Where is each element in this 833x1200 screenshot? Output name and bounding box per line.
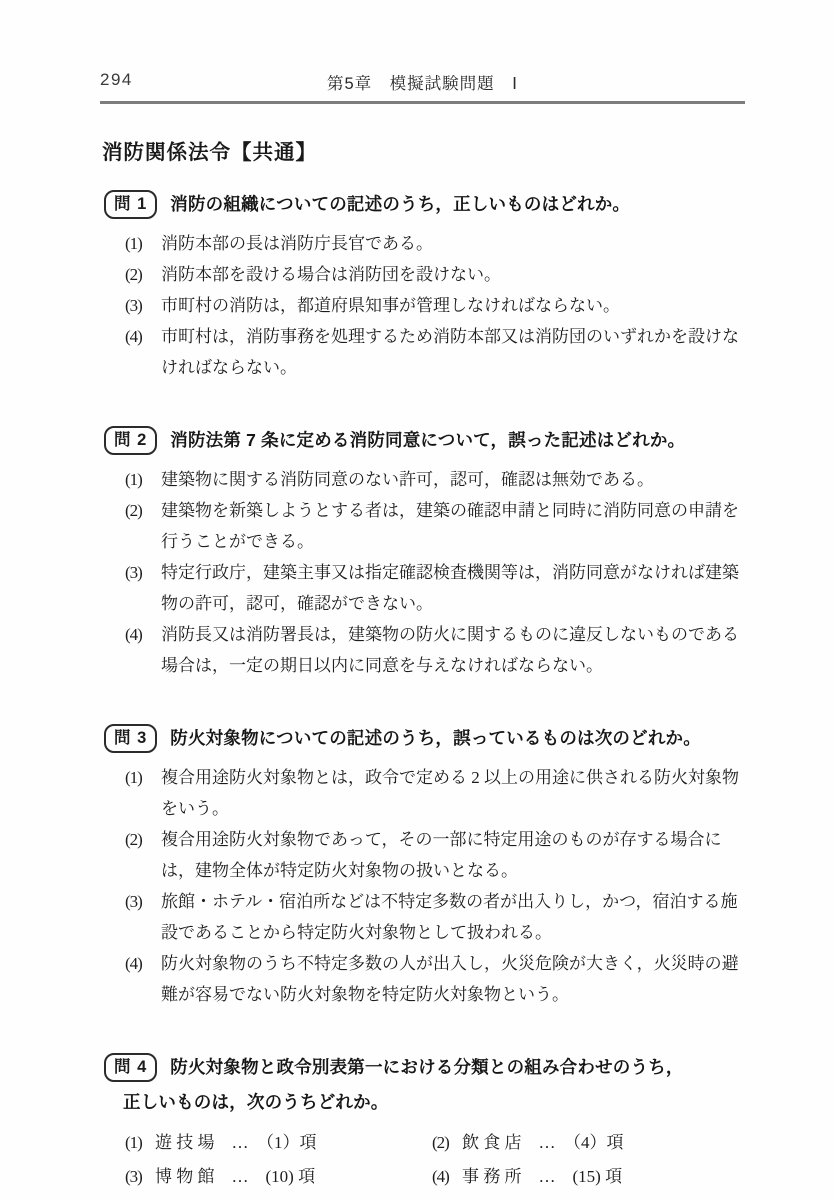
option-text: 複合用途防火対象物であって，その一部に特定用途のものが存する場合には，建物全体が… [161,824,745,886]
question-1-title: 消防の組織についての記述のうち，正しいものはどれか。 [170,190,630,218]
question-2-badge: 問 2 [104,426,157,455]
option-text: 旅館・ホテル・宿泊所などは不特定多数の者が出入りし，かつ，宿泊する施設であること… [161,886,745,948]
option-number: (4) [432,1161,462,1192]
textbook-page: 294 第5章 模擬試験問題 Ⅰ 消防関係法令【共通】 問 1 消防の組織につい… [0,0,833,1200]
option-number: (4) [125,948,161,1010]
option-text: 遊 技 場 … （1）項 [155,1127,317,1158]
question-1-options: (1) 消防本部の長は消防庁長官である。 (2) 消防本部を設ける場合は消防団を… [125,228,745,383]
option-text: 市町村の消防は，都道府県知事が管理しなければならない。 [161,290,745,321]
question-3-head: 問 3 防火対象物についての記述のうち，誤っているものは次のどれか。 [104,724,745,753]
question-1-option-2: (2) 消防本部を設ける場合は消防団を設けない。 [125,259,745,290]
question-3-option-4: (4) 防火対象物のうち不特定多数の人が出入し，火災危険が大きく，火災時の避難が… [125,948,745,1010]
option-text: 飲 食 店 … （4）項 [462,1127,624,1158]
header-rule [100,101,745,104]
question-4-option-2: (2) 飲 食 店 … （4）項 [432,1127,745,1158]
question-4-badge: 問 4 [104,1053,157,1082]
question-4-title-line2: 正しいものは，次のうちどれか。 [123,1089,745,1114]
question-3-option-2: (2) 複合用途防火対象物であって，その一部に特定用途のものが存する場合には，建… [125,824,745,886]
question-4: 問 4 防火対象物と政令別表第一における分類との組み合わせのうち， 正しいものは… [100,1053,745,1192]
question-2-options: (1) 建築物に関する消防同意のない許可，認可，確認は無効である。 (2) 建築… [125,464,745,681]
question-3-options: (1) 複合用途防火対象物とは，政令で定める 2 以上の用途に供される防火対象物… [125,762,745,1010]
question-1: 問 1 消防の組織についての記述のうち，正しいものはどれか。 (1) 消防本部の… [100,190,745,383]
question-2-option-4: (4) 消防長又は消防署長は，建築物の防火に関するものに違反しないものである場合… [125,619,745,681]
question-2-title: 消防法第 7 条に定める消防同意について，誤った記述はどれか。 [170,426,685,454]
question-4-head: 問 4 防火対象物と政令別表第一における分類との組み合わせのうち， [104,1053,745,1082]
question-2: 問 2 消防法第 7 条に定める消防同意について，誤った記述はどれか。 (1) … [100,426,745,681]
page-header: 294 第5章 模擬試験問題 Ⅰ [100,70,745,94]
question-1-head: 問 1 消防の組織についての記述のうち，正しいものはどれか。 [104,190,745,219]
question-4-option-4: (4) 事 務 所 … (15) 項 [432,1161,745,1192]
question-3-option-1: (1) 複合用途防火対象物とは，政令で定める 2 以上の用途に供される防火対象物… [125,762,745,824]
question-2-head: 問 2 消防法第 7 条に定める消防同意について，誤った記述はどれか。 [104,426,745,455]
option-text: 消防長又は消防署長は，建築物の防火に関するものに違反しないものである場合は，一定… [161,619,745,681]
question-2-option-1: (1) 建築物に関する消防同意のない許可，認可，確認は無効である。 [125,464,745,495]
question-1-option-1: (1) 消防本部の長は消防庁長官である。 [125,228,745,259]
question-4-option-3: (3) 博 物 館 … (10) 項 [125,1161,432,1192]
option-text: 博 物 館 … (10) 項 [155,1161,315,1192]
chapter-title: 第5章 模擬試験問題 Ⅰ [100,70,745,94]
option-text: 複合用途防火対象物とは，政令で定める 2 以上の用途に供される防火対象物をいう。 [161,762,745,824]
option-number: (3) [125,886,161,948]
question-1-badge: 問 1 [104,190,157,219]
question-4-options: (1) 遊 技 場 … （1）項 (2) 飲 食 店 … （4）項 (3) 博 … [125,1127,745,1192]
question-4-title: 防火対象物と政令別表第一における分類との組み合わせのうち， [170,1053,683,1081]
option-number: (1) [125,464,161,495]
option-text: 消防本部の長は消防庁長官である。 [161,228,745,259]
question-1-option-4: (4) 市町村は，消防事務を処理するため消防本部又は消防団のいずれかを設けなけれ… [125,321,745,383]
option-text: 建築物を新築しようとする者は，建築の確認申請と同時に消防同意の申請を行うことがで… [161,495,745,557]
question-3-title: 防火対象物についての記述のうち，誤っているものは次のどれか。 [170,724,701,752]
question-4-option-1: (1) 遊 技 場 … （1）項 [125,1127,432,1158]
option-text: 防火対象物のうち不特定多数の人が出入し，火災危険が大きく，火災時の避難が容易でな… [161,948,745,1010]
option-number: (1) [125,228,161,259]
option-text: 建築物に関する消防同意のない許可，認可，確認は無効である。 [161,464,745,495]
section-title: 消防関係法令【共通】 [102,135,745,165]
question-2-option-2: (2) 建築物を新築しようとする者は，建築の確認申請と同時に消防同意の申請を行う… [125,495,745,557]
option-text: 市町村は，消防事務を処理するため消防本部又は消防団のいずれかを設けなければならな… [161,321,745,383]
option-text: 特定行政庁，建築主事又は指定確認検査機関等は，消防同意がなければ建築物の許可，認… [161,557,745,619]
option-number: (2) [125,824,161,886]
option-number: (4) [125,619,161,681]
question-2-option-3: (3) 特定行政庁，建築主事又は指定確認検査機関等は，消防同意がなければ建築物の… [125,557,745,619]
option-number: (3) [125,290,161,321]
option-text: 事 務 所 … (15) 項 [462,1161,622,1192]
option-number: (3) [125,557,161,619]
option-number: (2) [125,495,161,557]
question-3-option-3: (3) 旅館・ホテル・宿泊所などは不特定多数の者が出入りし，かつ，宿泊する施設で… [125,886,745,948]
question-3-badge: 問 3 [104,724,157,753]
option-number: (2) [125,259,161,290]
option-number: (1) [125,1127,155,1158]
option-number: (2) [432,1127,462,1158]
question-3: 問 3 防火対象物についての記述のうち，誤っているものは次のどれか。 (1) 複… [100,724,745,1010]
question-1-option-3: (3) 市町村の消防は，都道府県知事が管理しなければならない。 [125,290,745,321]
option-number: (1) [125,762,161,824]
option-number: (4) [125,321,161,383]
option-text: 消防本部を設ける場合は消防団を設けない。 [161,259,745,290]
option-number: (3) [125,1161,155,1192]
